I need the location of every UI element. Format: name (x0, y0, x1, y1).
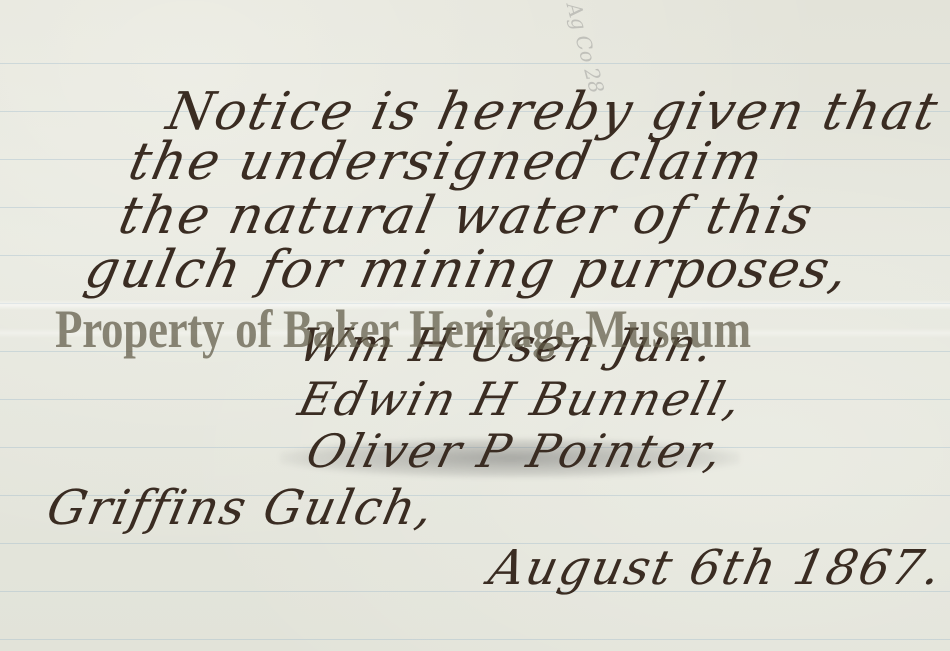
document-scan: Ag Co 28 Notice is hereby given that the… (0, 0, 950, 651)
place-line: Griffins Gulch, (42, 480, 440, 536)
notice-line-2: the undersigned claim (124, 132, 770, 192)
signature-3: Oliver P Pointer, (301, 424, 729, 478)
notice-line-4: gulch for mining purposes, (80, 240, 856, 300)
date-line: August 6th 1867. (484, 540, 948, 596)
watermark: Property of Baker Heritage Museum (55, 298, 895, 360)
notice-line-3: the natural water of this (114, 186, 820, 246)
signature-2: Edwin H Bunnell, (293, 372, 749, 426)
